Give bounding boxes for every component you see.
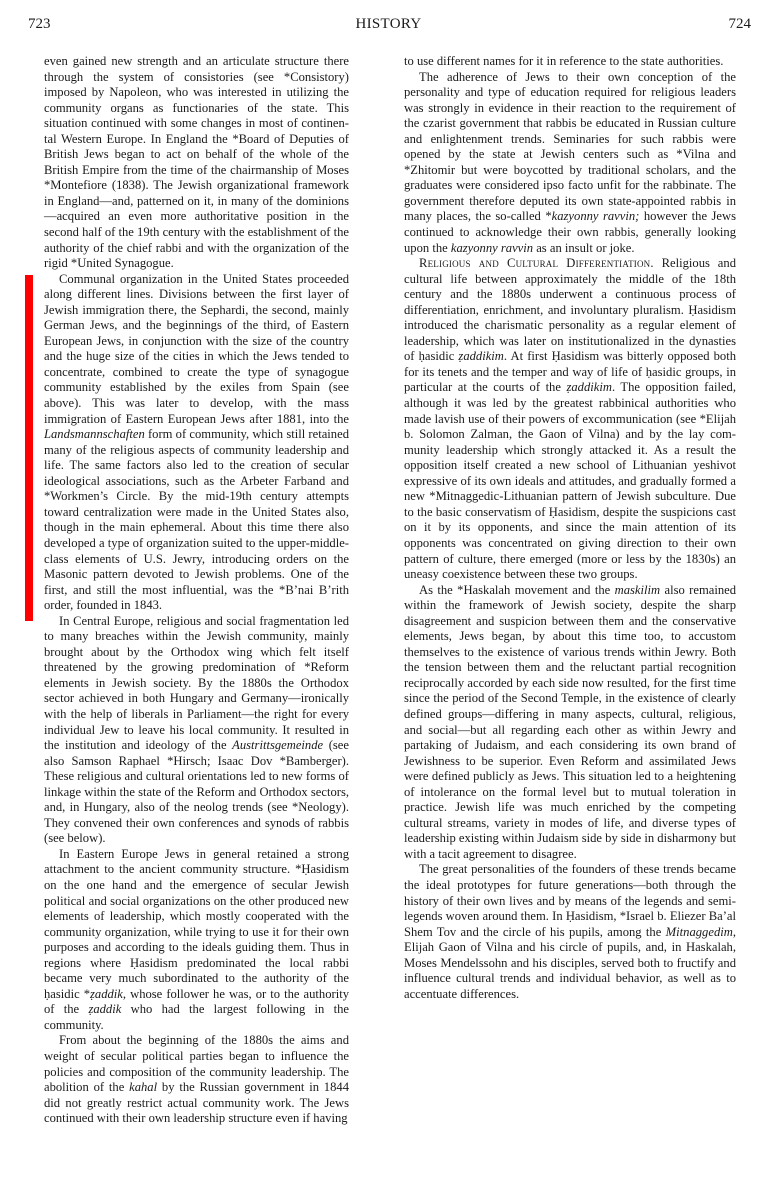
italic-term: ẓaddik — [88, 1002, 121, 1016]
italic-term: ẓaddikim — [458, 349, 503, 363]
change-bar-marker — [25, 275, 33, 621]
text-run: also remained within the framework of Je… — [404, 583, 736, 861]
paragraph-great-personalities: The great personalities of the founders … — [404, 862, 736, 1002]
italic-term: maskilim — [615, 583, 660, 597]
italic-term: Austrittsgemeinde — [232, 738, 323, 752]
paragraph-political-parties: From about the beginning of the 1880s th… — [44, 1033, 349, 1126]
paragraph-state-authorities: to use different names for it in referen… — [404, 54, 736, 70]
italic-term: Mitnaggedim — [666, 925, 733, 939]
section-heading: Religious and Cultural Differentiation. — [419, 256, 654, 270]
italic-term: kazyonny ravvin — [451, 241, 533, 255]
italic-term: ẓaddikim — [566, 380, 611, 394]
text-run: (see also Samson Raphael *Hirsch; Isaac … — [44, 738, 349, 845]
paragraph-religious-differentiation: Religious and Cultural Differentiation. … — [404, 256, 736, 582]
paragraph-consistories: even gained new strength and an articula… — [44, 54, 349, 272]
paragraph-united-states: Communal organization in the United Stat… — [44, 272, 349, 614]
left-column: even gained new strength and an articula… — [44, 54, 349, 1127]
italic-term: kazyonny ravvin; — [552, 209, 640, 223]
running-title: HISTORY — [0, 12, 777, 36]
paragraph-central-europe: In Central Europe, religious and social … — [44, 614, 349, 847]
text-run: As the *Haskalah movement and the — [419, 583, 615, 597]
text-run: In Central Europe, religious and social … — [44, 614, 349, 752]
paragraph-haskalah: As the *Haskalah movement and the maskil… — [404, 583, 736, 863]
text-run: . The opposition failed, although it was… — [404, 380, 736, 581]
right-column: to use different names for it in referen… — [404, 54, 736, 1002]
text-run: Religious and cultural life between appr… — [404, 256, 736, 363]
text-run: as an insult or joke. — [533, 241, 634, 255]
paragraph-eastern-europe: In Eastern Europe Jews in general retain… — [44, 847, 349, 1034]
text-run: The adherence of Jews to their own conce… — [404, 70, 736, 224]
italic-term: Landsmann­schaften — [44, 427, 145, 441]
italic-term: ẓaddik — [90, 987, 123, 1001]
italic-term: kahal — [129, 1080, 157, 1094]
text-run: Communal organization in the United Stat… — [44, 272, 349, 426]
text-run: form of community, which still retained … — [44, 427, 349, 612]
running-head: 723 HISTORY 724 — [0, 12, 777, 36]
page-number-right: 724 — [729, 12, 752, 36]
paragraph-rabbinical-education: The adherence of Jews to their own conce… — [404, 70, 736, 257]
text-run: In Eastern Europe Jews in general retain… — [44, 847, 349, 1001]
